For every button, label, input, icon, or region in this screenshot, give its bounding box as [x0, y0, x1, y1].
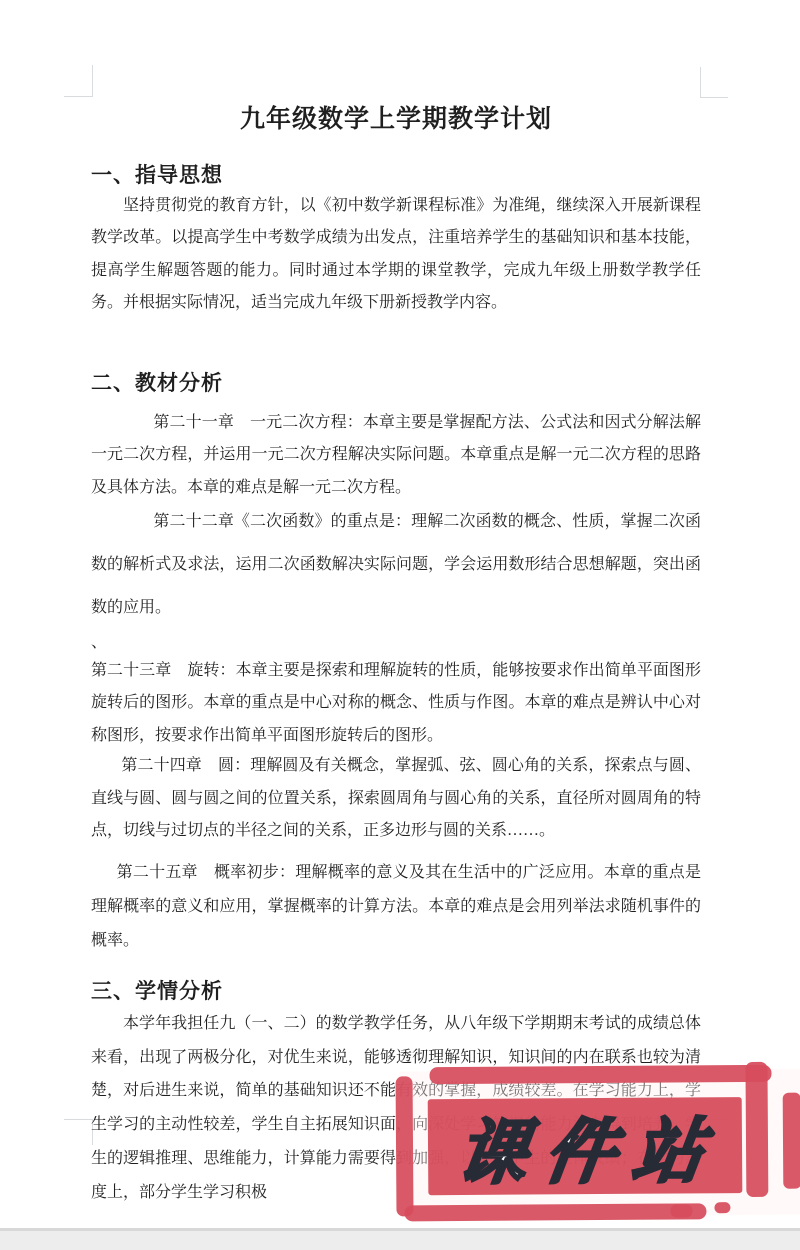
stamp-frame-right — [745, 1062, 768, 1197]
stamp-frame-left — [396, 1076, 414, 1216]
stamp-text: 课件站 — [441, 1095, 728, 1198]
paragraph-stray-punctuation: 、 — [91, 629, 701, 657]
paragraph-chapter-25: 第二十五章 概率初步：理解概率的意义及其在生活中的广泛应用。本章的重点是理解概率… — [91, 856, 701, 958]
paragraph-chapter-23: 第二十三章 旋转：本章主要是探索和理解旋转的性质，能够按要求作出简单平面图形旋转… — [91, 655, 701, 752]
section-heading-student-analysis: 三、学情分析 — [91, 979, 701, 1003]
paragraph-chapter-22: 第二十二章《二次函数》的重点是：理解二次函数的概念、性质，掌握二次函数的解析式及… — [91, 500, 701, 629]
courseware-station-stamp: 课件站 — [395, 1065, 800, 1222]
paragraph-guiding-ideology: 坚持贯彻党的教育方针，以《初中数学新课程标准》为准绳，继续深入开展新课程教学改革… — [91, 190, 701, 319]
stamp-frame-right-outer — [783, 1093, 800, 1189]
text-boundary-mark-top-left — [64, 65, 93, 97]
stamp-frame-dot — [670, 1204, 692, 1217]
section-heading-guiding-ideology: 一、指导思想 — [91, 163, 701, 187]
document-body: 九年级数学上学期教学计划 一、指导思想 坚持贯彻党的教育方针，以《初中数学新课程… — [91, 0, 701, 1210]
stamp-frame-bottom — [404, 1203, 706, 1221]
document-page: 九年级数学上学期教学计划 一、指导思想 坚持贯彻党的教育方针，以《初中数学新课程… — [0, 0, 800, 1250]
viewer-background-band — [0, 1228, 800, 1250]
document-title: 九年级数学上学期教学计划 — [91, 103, 701, 137]
text-boundary-mark-top-right — [700, 67, 728, 98]
paragraph-chapter-24: 第二十四章 圆：理解圆及有关概念，掌握弧、弦、圆心角的关系，探索点与圆、直线与圆… — [91, 750, 701, 848]
paragraph-chapter-21: 第二十一章 一元二次方程：本章主要是掌握配方法、公式法和因式分解法解一元二次方程… — [91, 407, 701, 504]
stamp-inner-plate: 课件站 — [428, 1097, 743, 1195]
stamp-frame-top — [429, 1065, 771, 1084]
stamp-frame-dot — [714, 1202, 730, 1213]
section-heading-textbook-analysis: 二、教材分析 — [91, 371, 701, 395]
text-boundary-mark-bottom-left — [64, 1119, 93, 1145]
